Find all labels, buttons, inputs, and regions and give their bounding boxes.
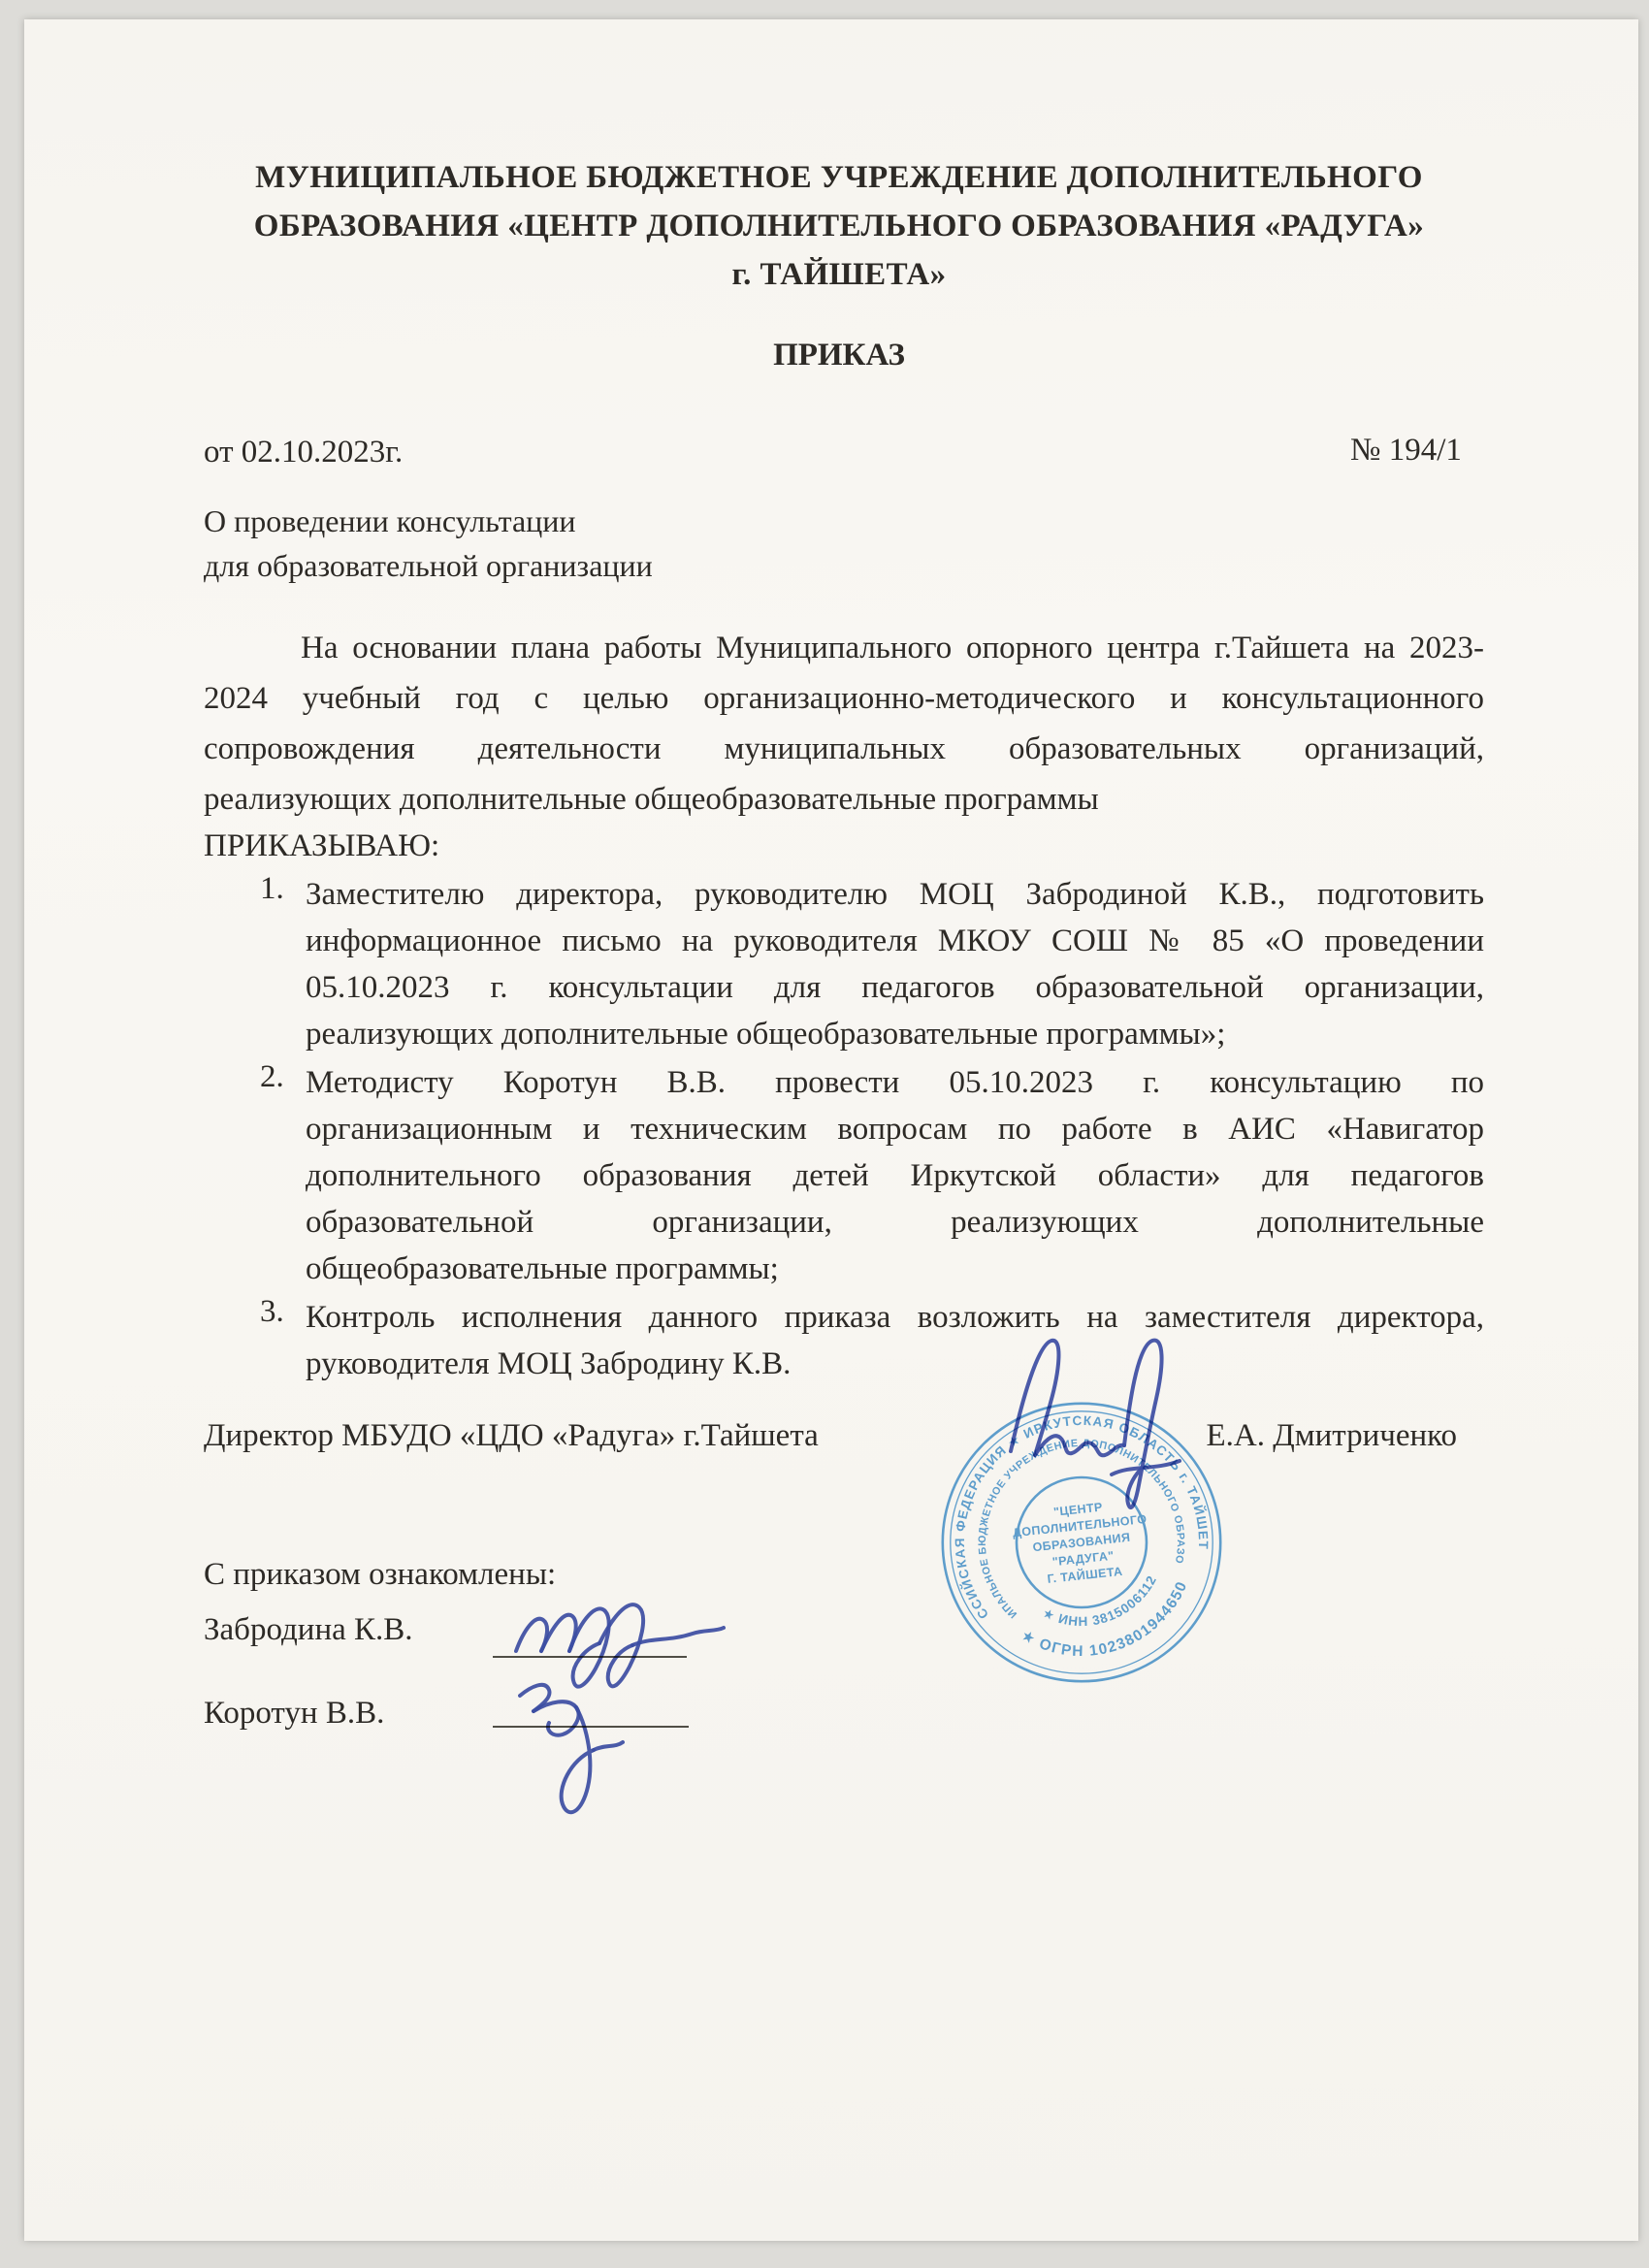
item-number: 1. — [260, 871, 284, 907]
subject-line: О проведении консультации — [204, 499, 653, 543]
stamp-ogrn-text: ★ ОГРН 1023801944650 — [1015, 1574, 1204, 1682]
item-line: информационное письмо на руководителя МК… — [306, 918, 1484, 964]
order-item-2: 2. Методисту Коротун В.В. провести 05.10… — [260, 1059, 1484, 1292]
director-signature-row: Директор МБУДО «ЦДО «Радуга» г.Тайшета Е… — [204, 1418, 1457, 1454]
svg-text:★ ОГРН 1023801944650: ★ ОГРН 1023801944650 — [1015, 1574, 1204, 1682]
item-line: Заместителю директора, руководителю МОЦ … — [306, 871, 1484, 918]
preamble-line: 2024 учебный год с целью организационно-… — [204, 673, 1484, 724]
scanned-order-document: МУНИЦИПАЛЬНОЕ БЮДЖЕТНОЕ УЧРЕЖДЕНИЕ ДОПОЛ… — [0, 0, 1649, 2268]
item-line: руководителя МОЦ Забродину К.В. — [306, 1341, 1484, 1387]
item-number: 3. — [260, 1294, 284, 1330]
korotun-handwritten-signature — [497, 1667, 710, 1822]
item-line: дополнительного образования детей Иркутс… — [306, 1152, 1484, 1199]
ack-person-2: Коротун В.В. — [204, 1696, 384, 1732]
ack-person-1: Забродина К.В. — [204, 1612, 413, 1648]
item-line: образовательной организации, реализующих… — [306, 1199, 1484, 1246]
subject-line: для образовательной организации — [204, 543, 653, 588]
director-handwritten-signature — [989, 1317, 1203, 1521]
order-item-1: 1. Заместителю директора, руководителю М… — [260, 871, 1484, 1057]
org-name-header: МУНИЦИПАЛЬНОЕ БЮДЖЕТНОЕ УЧРЕЖДЕНИЕ ДОПОЛ… — [204, 153, 1474, 299]
doc-subject: О проведении консультации для образовате… — [204, 499, 653, 588]
director-title: Директор МБУДО «ЦДО «Радуга» г.Тайшета — [204, 1418, 819, 1454]
preamble-line: реализующих дополнительные общеобразоват… — [204, 774, 1484, 825]
preamble-paragraph: На основании плана работы Муниципального… — [204, 623, 1484, 825]
director-name: Е.А. Дмитриченко — [1206, 1418, 1457, 1454]
item-line: организационным и техническим вопросам п… — [306, 1106, 1484, 1152]
resolution-word: ПРИКАЗЫВАЮ: — [204, 828, 439, 864]
org-name-line: ОБРАЗОВАНИЯ «ЦЕНТР ДОПОЛНИТЕЛЬНОГО ОБРАЗ… — [204, 202, 1474, 250]
preamble-line: На основании плана работы Муниципального… — [204, 623, 1484, 673]
item-line: Контроль исполнения данного приказа возл… — [306, 1294, 1484, 1341]
org-name-line: г. ТАЙШЕТА» — [204, 250, 1474, 299]
doc-number: № 194/1 — [1350, 433, 1462, 469]
item-line: общеобразовательные программы; — [306, 1246, 1484, 1292]
preamble-line: сопровождения деятельности муниципальных… — [204, 724, 1484, 774]
item-line: Методисту Коротун В.В. провести 05.10.20… — [306, 1059, 1484, 1106]
item-line: реализующих дополнительные общеобразоват… — [306, 1011, 1484, 1057]
item-line: 05.10.2023 г. консультации для педагогов… — [306, 964, 1484, 1011]
doc-type-title: ПРИКАЗ — [204, 338, 1474, 373]
order-item-3: 3. Контроль исполнения данного приказа в… — [260, 1294, 1484, 1387]
item-number: 2. — [260, 1059, 284, 1095]
org-name-line: МУНИЦИПАЛЬНОЕ БЮДЖЕТНОЕ УЧРЕЖДЕНИЕ ДОПОЛ… — [204, 153, 1474, 202]
doc-date: от 02.10.2023г. — [204, 435, 1460, 470]
